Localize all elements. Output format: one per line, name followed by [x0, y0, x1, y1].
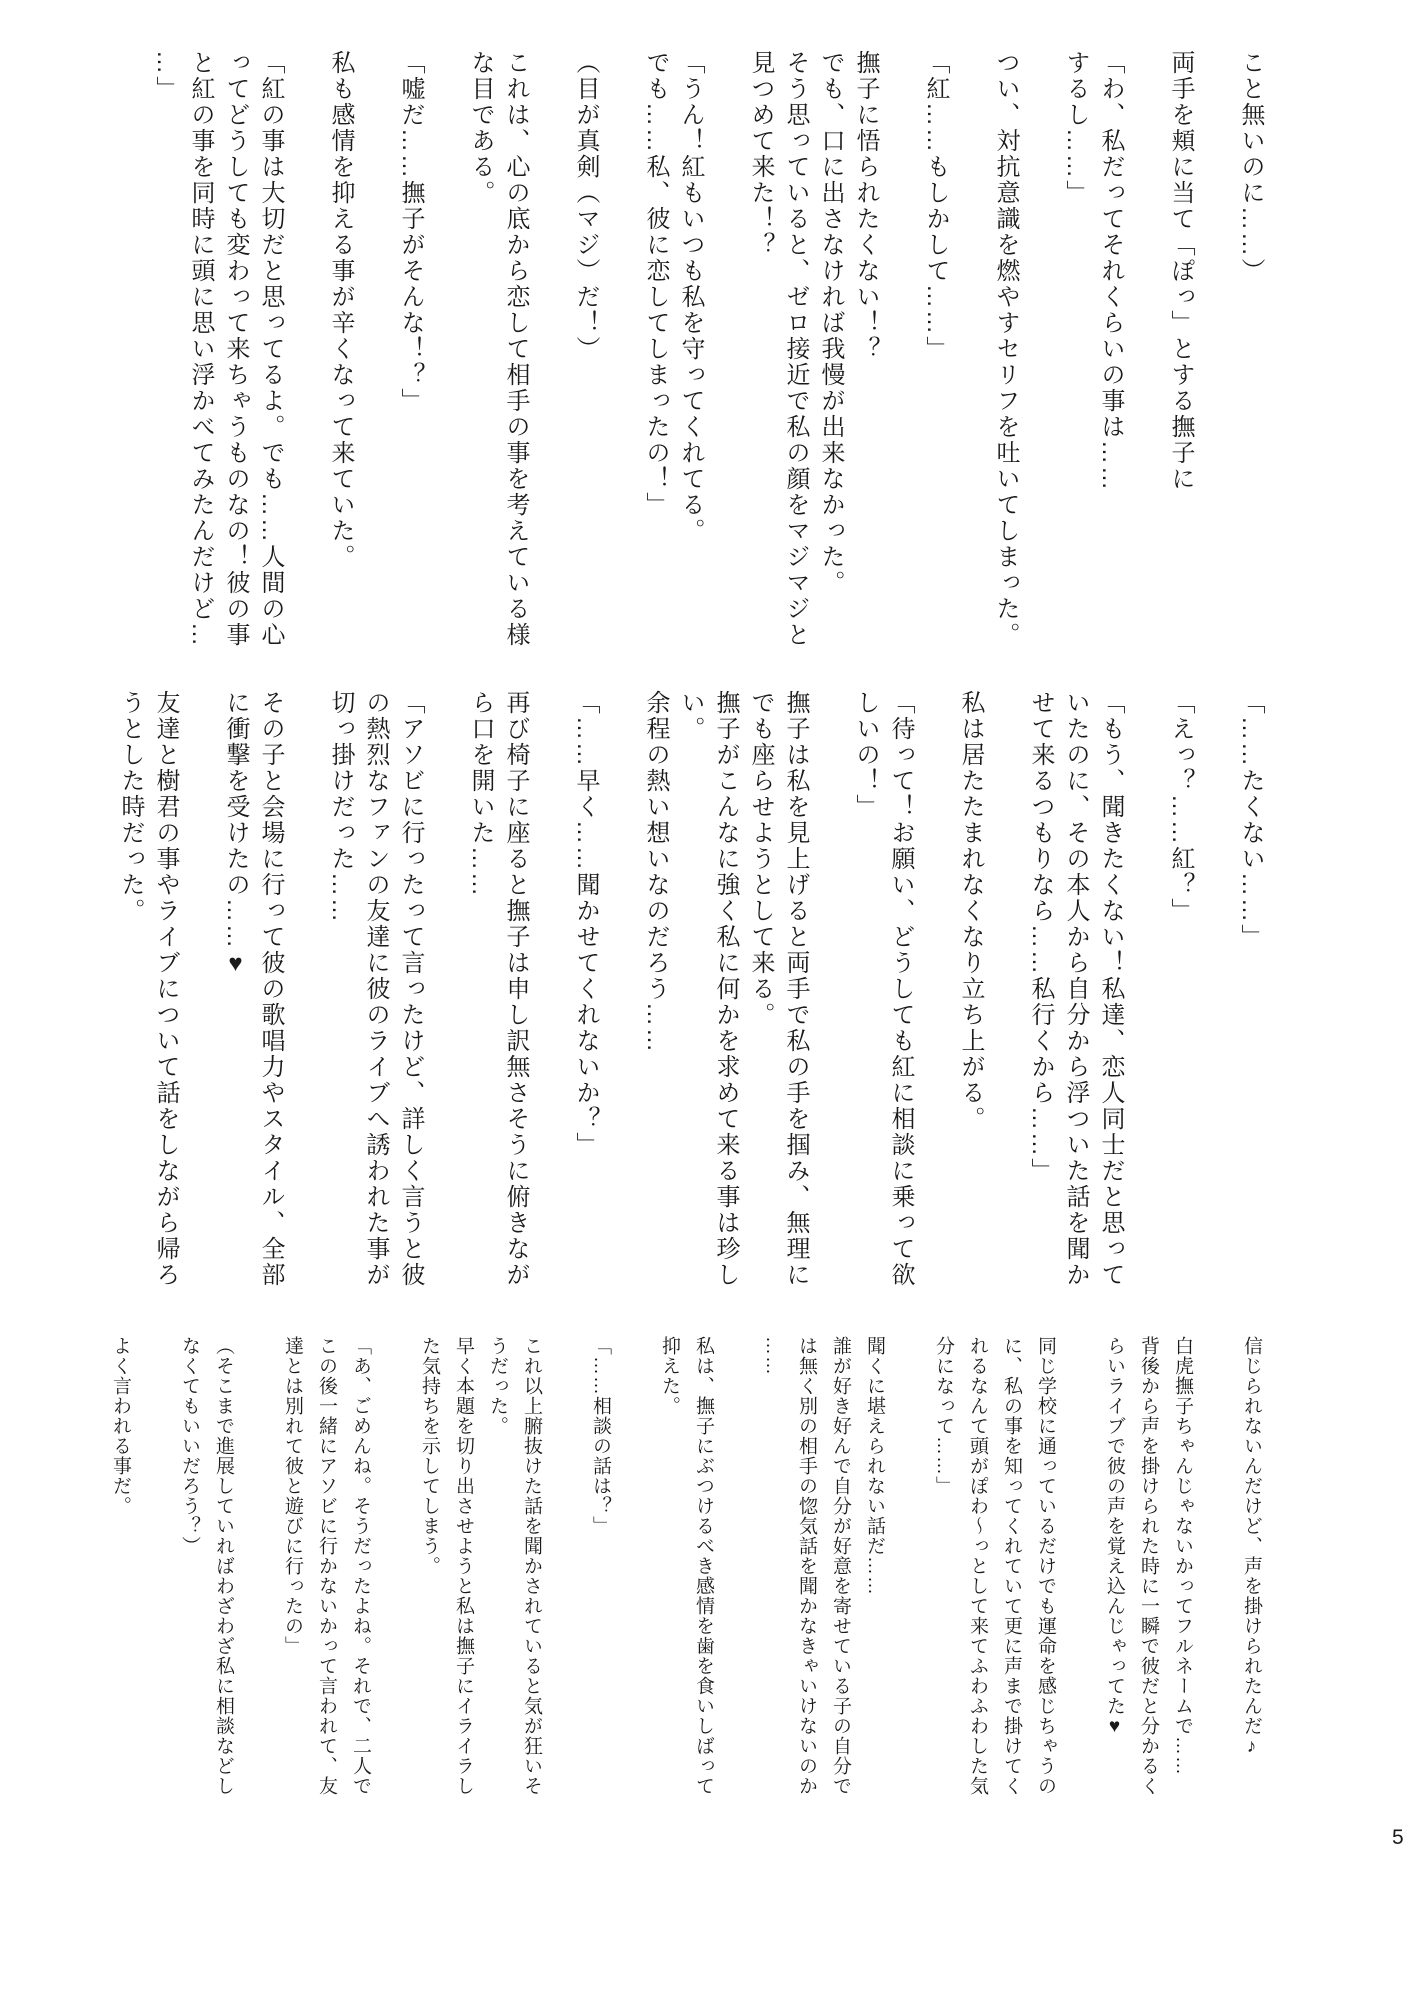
paragraph: 「うん！紅もいつも私を守ってくれてる。 でも……私、彼に恋してしまったの！」: [638, 50, 708, 675]
text-tier-top: こと無いのに……） 両手を頬に当て「ぽっ」とする撫子に 「わ、私だってそれくらい…: [78, 50, 1268, 675]
text-tier-bottom: 信じられないんだけど、声を掛けられたんだ♪ 白虎撫子ちゃんじゃないかってフルネー…: [78, 1336, 1268, 1826]
paragraph: （そこまで進展していればわざわざ私に相談などし なくてもいいだろう？）: [172, 1336, 240, 1826]
paragraph: （目が真剣（マジ）だ！）: [568, 50, 603, 675]
paragraph: 両手を頬に当て「ぽっ」とする撫子に: [1163, 50, 1198, 675]
paragraph: 「……たくない……」: [1233, 690, 1268, 1325]
paragraph: 「わ、私だってそれくらいの事は…… するし……」: [1058, 50, 1128, 675]
paragraph: そう思っていると、ゼロ接近で私の顔をマジマジと 見つめて来た！？: [743, 50, 813, 675]
paragraph: 撫子に悟られたくない！？: [848, 50, 883, 675]
paragraph: 撫子がこんなに強く私に何かを求めて来る事は珍し い。: [673, 690, 743, 1325]
text-tier-middle: 「……たくない……」 「えっ？……紅？」 「もう、聞きたくない！私達、恋人同士だ…: [78, 690, 1268, 1325]
paragraph: 誰が好き好んで自分が好意を寄せている子の自分で は無く別の相手の惚気話を聞かなき…: [755, 1336, 857, 1826]
paragraph: 「嘘だ……撫子がそんな！？」: [393, 50, 428, 675]
paragraph: その子と会場に行って彼の歌唱力やスタイル、全部 に衝撃を受けたの……♥: [218, 690, 288, 1325]
paragraph: これは、心の底から恋して相手の事を考えている様 な目である。: [463, 50, 533, 675]
paragraph: こと無いのに……）: [1233, 50, 1268, 675]
paragraph: 余程の熱い想いなのだろう……: [638, 690, 673, 1325]
paragraph: 撫子は私を見上げると両手で私の手を掴み、無理に でも座らせようとして来る。: [743, 690, 813, 1325]
paragraph: 信じられないんだけど、声を掛けられたんだ♪: [1234, 1336, 1268, 1826]
paragraph: でも、口に出さなければ我慢が出来なかった。: [813, 50, 848, 675]
paragraph: 私も感情を抑える事が辛くなって来ていた。: [323, 50, 358, 675]
novel-page: こと無いのに……） 両手を頬に当て「ぽっ」とする撫子に 「わ、私だってそれくらい…: [0, 0, 1416, 2000]
page-number: 5: [1392, 1826, 1404, 1850]
paragraph: 「えっ？……紅？」: [1163, 690, 1198, 1325]
paragraph: 背後から声を掛けられた時に一瞬で彼だと分かるく らいライブで彼の声を覚え込んじゃ…: [1097, 1336, 1165, 1826]
paragraph: 友達と樹君の事やライブについて話をしながら帰ろ うとした時だった。: [113, 690, 183, 1325]
paragraph: 早く本題を切り出させようと私は撫子にイライラし た気持ちを示してしまう。: [412, 1336, 480, 1826]
paragraph: 「紅……もしかして……」: [918, 50, 953, 675]
paragraph: 同じ学校に通っているだけでも運命を感じちゃうの に、私の事を知ってくれていて更に…: [926, 1336, 1062, 1826]
paragraph: 再び椅子に座ると撫子は申し訳無さそうに俯きなが ら口を開いた……: [463, 690, 533, 1325]
paragraph: 「待って！お願い、どうしても紅に相談に乗って欲 しいの！」: [848, 690, 918, 1325]
paragraph: 聞くに堪えられない話だ……: [857, 1336, 891, 1826]
paragraph: 私は居たたまれなくなり立ち上がる。: [953, 690, 988, 1325]
paragraph: 「……早く……聞かせてくれないか？」: [568, 690, 603, 1325]
paragraph: これ以上腑抜けた話を聞かされていると気が狂いそ うだった。: [480, 1336, 548, 1826]
paragraph: 私は、撫子にぶつけるべき感情を歯を食いしばって 抑えた。: [652, 1336, 720, 1826]
paragraph: 「……相談の話は？」: [583, 1336, 617, 1826]
paragraph: 「あ、ごめんね。そうだったよね。それで、二人で この後一緒にアソビに行かないかっ…: [275, 1336, 377, 1826]
paragraph: 「アソビに行ったって言ったけど、詳しく言うと彼 の熱烈なファンの友達に彼のライブ…: [323, 690, 428, 1325]
paragraph: 「もう、聞きたくない！私達、恋人同士だと思って いたのに、その本人から自分から浮…: [1023, 690, 1128, 1325]
paragraph: 白虎撫子ちゃんじゃないかってフルネームで……: [1165, 1336, 1199, 1826]
paragraph: つい、対抗意識を燃やすセリフを吐いてしまった。: [988, 50, 1023, 675]
paragraph: よく言われる事だ。: [103, 1336, 137, 1826]
paragraph: 「紅の事は大切だと思ってるよ。でも……人間の心 ってどうしても変わって来ちゃうも…: [148, 50, 288, 675]
